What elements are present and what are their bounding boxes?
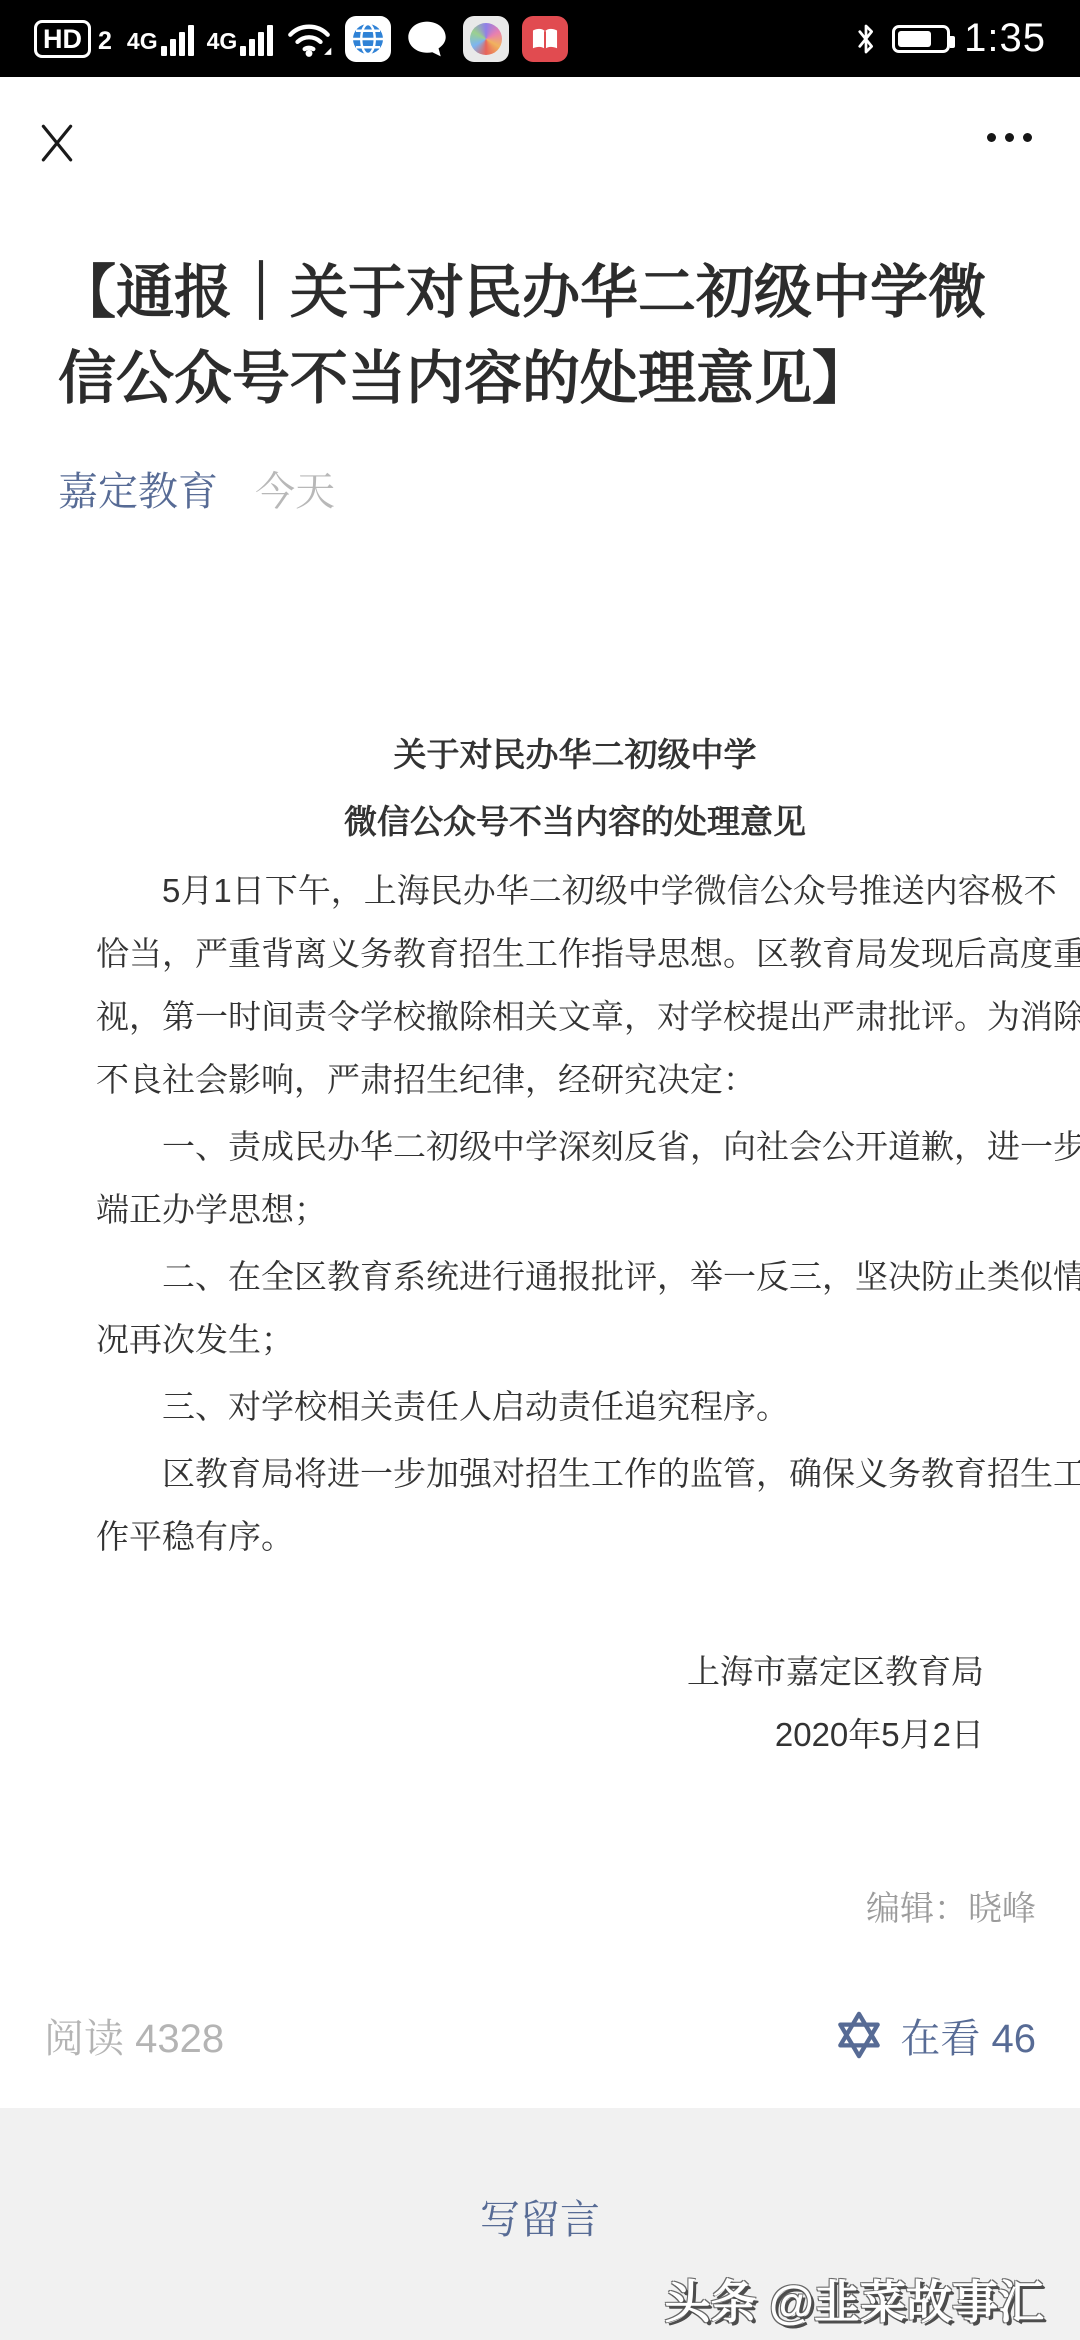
bluetooth-icon [854,22,878,56]
write-comment-button[interactable]: 写留言 [0,2194,1080,2246]
body-line: 视，第一时间责令学校撤除相关文章，对学校提出严肃批评。为消除 [96,985,984,1048]
byline: 嘉定教育 今天 [58,464,1022,520]
battery-icon [892,25,950,53]
signature-date: 2020年5月2日 [96,1703,984,1766]
article-body: 关于对民办华二初级中学 微信公众号不当内容的处理意见 5月1日下午，上海民办华二… [96,723,984,1766]
chat-bubble-icon [404,17,450,61]
clock-time: 1:35 [964,16,1046,61]
document-heading: 关于对民办华二初级中学 微信公众号不当内容的处理意见 [96,723,984,853]
browser-globe-icon [345,16,391,62]
body-line: 端正办学思想； [96,1178,984,1241]
sim2-icon: 2 [98,27,112,56]
status-left-group: HD 2 4G 4G [34,16,568,62]
toutiao-watermark: 头条 @韭菜故事汇 [664,2266,1044,2332]
network-type-label: 4G [127,28,158,55]
body-line: 区教育局将进一步加强对招生工作的监管，确保义务教育招生工 [96,1442,984,1505]
document-paragraphs: 5月1日下午，上海民办华二初级中学微信公众号推送内容极不 恰当，严重背离义务教育… [96,859,984,1568]
status-right-group: 1:35 [854,16,1046,61]
wifi-icon [286,20,332,58]
close-icon[interactable] [36,121,78,163]
hd-voice-icon: HD [34,20,91,58]
photos-icon [463,16,509,62]
paragraph: 一、责成民办华二初级中学深刻反省，向社会公开道歉，进一步 端正办学思想； [96,1115,984,1241]
body-line: 恰当，严重背离义务教育招生工作指导思想。区教育局发现后高度重 [96,922,984,985]
wow-button[interactable]: 在看 46 [832,2007,1036,2064]
article-title-line: 【通报｜关于对民办华二初级中学微 [58,250,1022,336]
signature-block: 上海市嘉定区教育局 2020年5月2日 [96,1640,984,1766]
article-title: 【通报｜关于对民办华二初级中学微 信公众号不当内容的处理意见】 [58,250,1022,422]
heading-line: 关于对民办华二初级中学 [166,723,984,786]
signal-bars-icon [240,22,273,56]
reading-book-icon [522,16,568,62]
body-line: 二、在全区教育系统进行通报批评，举一反三，坚决防止类似情 [96,1245,984,1308]
signal-1-icon: 4G [127,22,194,56]
wow-count: 在看 46 [900,2007,1036,2064]
network-type-label: 4G [207,28,238,55]
status-bar: HD 2 4G 4G [0,0,1080,77]
comment-panel: 写留言 头条 @韭菜故事汇 [0,2108,1080,2340]
nav-bar [0,77,1080,227]
body-line: 5月1日下午，上海民办华二初级中学微信公众号推送内容极不 [96,859,984,922]
heading-line: 微信公众号不当内容的处理意见 [166,790,984,853]
paragraph: 二、在全区教育系统进行通报批评，举一反三，坚决防止类似情 况再次发生； [96,1245,984,1371]
article-title-line: 信公众号不当内容的处理意见】 [58,336,1022,422]
wechat-article-screen: HD 2 4G 4G [0,0,1080,2340]
engagement-row: 阅读 4328 在看 46 [44,2008,1036,2062]
editor-credit: 编辑：晓峰 [44,1885,1036,1933]
signal-bars-icon [161,22,194,56]
more-menu-icon[interactable] [987,133,1032,142]
official-account-link[interactable]: 嘉定教育 [58,470,218,514]
body-line: 三、对学校相关责任人启动责任追究程序。 [96,1375,984,1438]
signal-2-icon: 4G [207,22,274,56]
read-count: 阅读 4328 [44,2007,224,2064]
body-line: 一、责成民办华二初级中学深刻反省，向社会公开道歉，进一步 [96,1115,984,1178]
body-line: 况再次发生； [96,1308,984,1371]
body-line: 作平稳有序。 [96,1505,984,1568]
paragraph: 三、对学校相关责任人启动责任追究程序。 [96,1375,984,1438]
body-line: 不良社会影响，严肃招生纪律，经研究决定： [96,1048,984,1111]
paragraph: 区教育局将进一步加强对招生工作的监管，确保义务教育招生工 作平稳有序。 [96,1442,984,1568]
wow-flower-icon [832,2008,886,2062]
signature-org: 上海市嘉定区教育局 [96,1640,984,1703]
paragraph: 5月1日下午，上海民办华二初级中学微信公众号推送内容极不 恰当，严重背离义务教育… [96,859,984,1111]
publish-date: 今天 [255,470,335,514]
